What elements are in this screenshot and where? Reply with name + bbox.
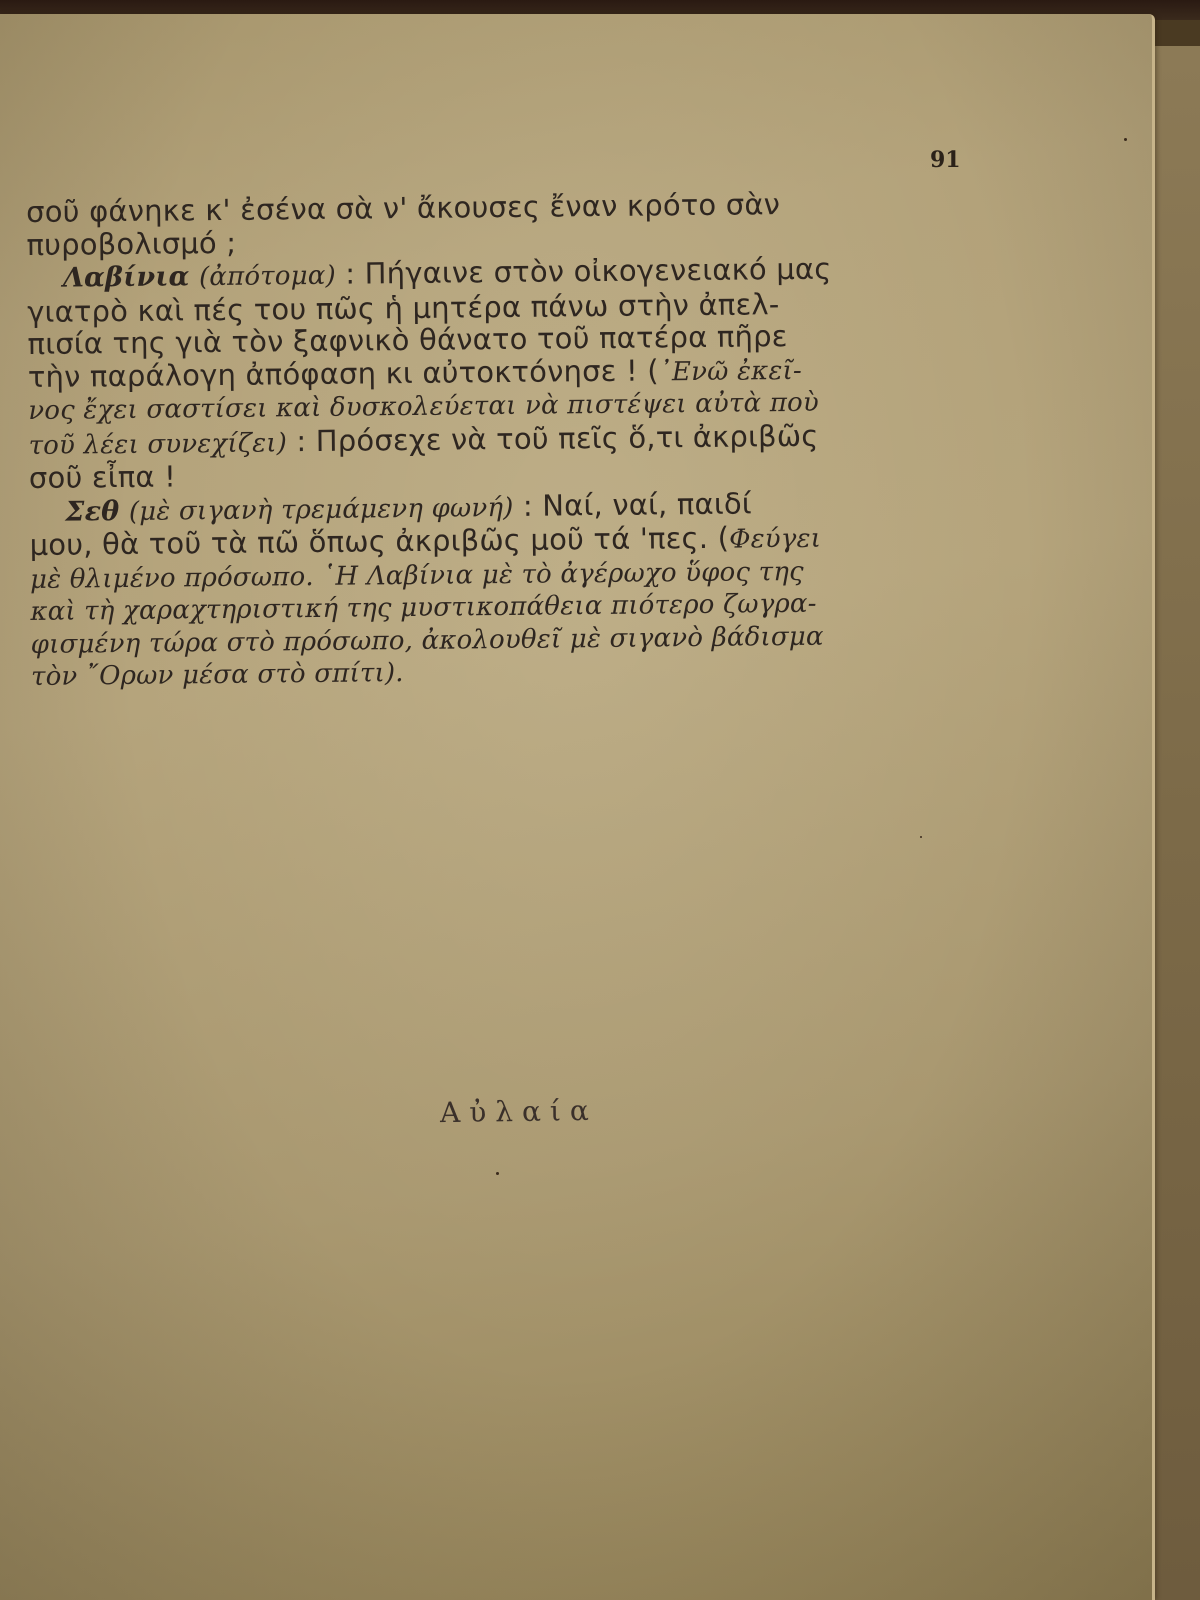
speaker-lavinia: Λαβίνια <box>63 261 190 293</box>
stage-direction: Φεύγει <box>729 524 821 555</box>
line-text: μου, θὰ τοῦ τὰ πῶ ὅπως ἀκριβῶς μοῦ τά 'π… <box>29 521 729 562</box>
line-text: πυροβολισμό ; <box>26 226 236 261</box>
stage-direction: (ἀπότομα) <box>199 261 336 292</box>
line-text: : Πρόσεχε νὰ τοῦ πεῖς ὅ,τι ἀκριβῶς <box>296 418 818 457</box>
paper-speck <box>496 1172 499 1175</box>
stage-direction: (μὲ σιγανὴ τρεμάμενη φωνή) <box>129 492 514 526</box>
page-number: 91 <box>930 147 961 173</box>
curtain-heading: Αὐλαία <box>440 1094 598 1129</box>
stage-direction: τὸν ῎Ορων μέσα στὸ σπίτι). <box>31 657 404 693</box>
dialogue-text: σοῦ φάνηκε κ' ἐσένα σὰ ν' ἄκουσες ἔναν κ… <box>26 186 971 693</box>
line-text: : Ναί, ναί, παιδί <box>523 486 752 522</box>
underlying-page-edge <box>1148 46 1200 1600</box>
stage-direction: ᾿Ενῶ ἐκεῖ- <box>659 355 802 386</box>
paper-speck <box>920 836 922 838</box>
line-text: σοῦ εἶπα ! <box>29 460 176 494</box>
paper-speck <box>1124 138 1127 141</box>
line-text: τὴν παράλογη ἀπόφαση κι αὐτοκτόνησε ! ( <box>28 353 659 394</box>
line-text: : Πήγαινε στὸν οἰκογενειακό μας <box>345 252 832 291</box>
stage-direction: τοῦ λέει συνεχίζει) <box>28 428 287 461</box>
speaker-seth: Σεθ <box>65 496 119 528</box>
